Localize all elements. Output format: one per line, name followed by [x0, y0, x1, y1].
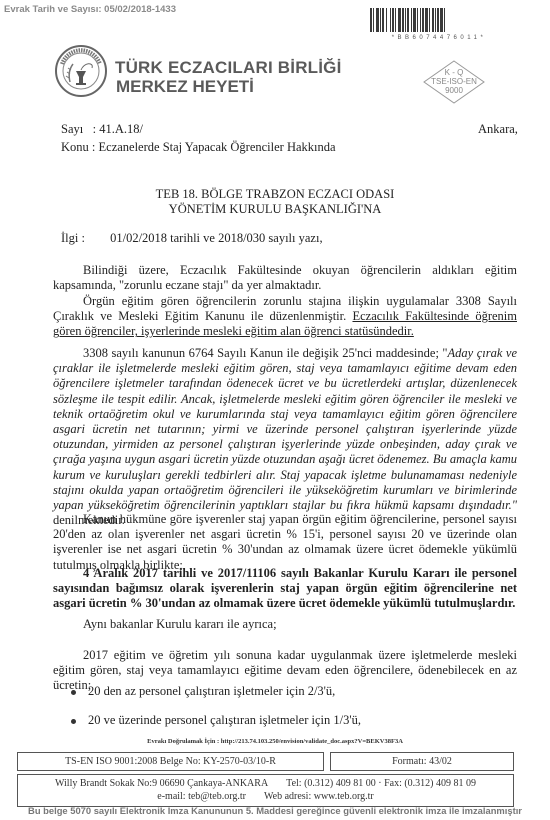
org-subname: MERKEZ HEYETİ	[116, 77, 254, 97]
paragraph-6-text: Aynı bakanlar Kurulu kararı ile ayrıca;	[83, 617, 277, 631]
document-date-number: Evrak Tarih ve Sayısı: 05/02/2018-1433	[4, 4, 176, 15]
paragraph-4: Kanun hükmüne göre işverenler staj yapan…	[53, 512, 517, 573]
paragraph-3: 3308 sayılı kanunun 6764 Sayılı Kanun il…	[53, 346, 517, 528]
web-link[interactable]: Web adresi: www.teb.org.tr	[264, 791, 374, 802]
paragraph-6: Aynı bakanlar Kurulu kararı ile ayrıca;	[53, 617, 517, 632]
list-item: 20 ve üzerinde personel çalıştıran işlet…	[71, 713, 361, 728]
sayi-line: Sayı : 41.A.18/	[61, 122, 143, 137]
paragraph-5: 4 Aralık 2017 tarihli ve 2017/11106 sayı…	[53, 566, 517, 612]
barcode-icon	[370, 8, 507, 32]
org-name: TÜRK ECZACILARI BİRLİĞİ	[115, 58, 342, 78]
list-item-text: 20 den az personel çalıştıran işletmeler…	[88, 684, 335, 698]
paragraph-1-text: Bilindiği üzere, Eczacılık Fakültesinde …	[53, 263, 517, 292]
paragraph-4-text: Kanun hükmüne göre işverenler staj yapan…	[53, 512, 517, 572]
paragraph-2: Örgün eğitim gören öğrencilerin zorunlu …	[53, 294, 517, 340]
e-signature-notice: Bu belge 5070 sayılı Elektronik Imza Kan…	[0, 805, 550, 816]
recipient-line1: TEB 18. BÖLGE TRABZON ECZACI ODASI	[0, 187, 550, 202]
ilgi-value: 01/02/2018 tarihli ve 2018/030 sayılı ya…	[110, 231, 322, 245]
konu-line: Konu : Eczanelerde Staj Yapacak Öğrencil…	[61, 140, 336, 155]
phone-fax: Tel: (0.312) 409 81 00 · Fax: (0.312) 40…	[286, 778, 476, 789]
email-link[interactable]: e-mail: teb@teb.org.tr	[157, 791, 246, 802]
list-item-text: 20 ve üzerinde personel çalıştıran işlet…	[88, 713, 361, 727]
city: Ankara,	[478, 122, 518, 137]
format-box: Formatı: 43/02	[330, 752, 514, 771]
cert-mark-line1: K - Q	[423, 68, 485, 77]
paragraph-3-quote: Aday çırak ve çıraklar ile işletmelerde …	[53, 346, 517, 512]
tse-cert-mark: K - Q TSE-ISO-EN 9000	[423, 60, 485, 104]
verification-link[interactable]: Evrakı Doğrulamak İçin : http://213.74.1…	[0, 738, 550, 745]
ilgi-label: İlgi :	[61, 231, 85, 245]
cert-mark-line2: TSE-ISO-EN	[423, 77, 485, 86]
recipient-line2: YÖNETİM KURULU BAŞKANLIĞI'NA	[0, 202, 550, 217]
ilgi-line: İlgi : 01/02/2018 tarihli ve 2018/030 sa…	[61, 231, 323, 246]
cert-mark-line3: 9000	[423, 86, 485, 95]
barcode-number: *BB6074476011*	[368, 35, 510, 41]
konu-value: : Eczanelerde Staj Yapacak Öğrenciler Ha…	[92, 140, 336, 154]
iso-certificate-box: TS-EN ISO 9001:2008 Belge No: KY-2570-03…	[17, 752, 324, 771]
teb-seal-icon	[54, 44, 108, 98]
sayi-value: : 41.A.18/	[93, 122, 143, 136]
paragraph-5-text: 4 Aralık 2017 tarihli ve 2017/11106 sayı…	[53, 566, 517, 610]
konu-label: Konu	[61, 140, 89, 154]
paragraph-1: Bilindiği üzere, Eczacılık Fakültesinde …	[53, 263, 517, 293]
bullet-icon	[71, 690, 76, 695]
paragraph-3-intro: 3308 sayılı kanunun 6764 Sayılı Kanun il…	[83, 346, 448, 360]
list-item: 20 den az personel çalıştıran işletmeler…	[71, 684, 335, 699]
sayi-label: Sayı	[61, 122, 83, 136]
address: Willy Brandt Sokak No:9 06690 Çankaya-AN…	[55, 778, 268, 789]
bullet-icon	[71, 719, 76, 724]
address-box: Willy Brandt Sokak No:9 06690 Çankaya-AN…	[17, 774, 514, 807]
